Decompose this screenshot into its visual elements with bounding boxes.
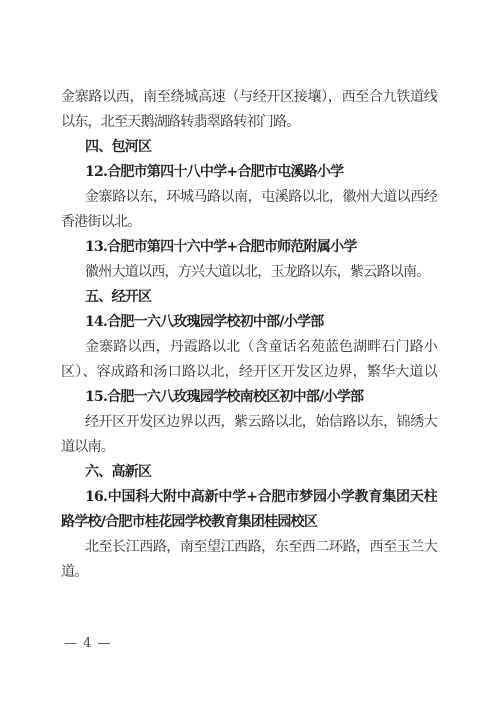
heading-line: 路学校/合肥市桂花园学校教育集团桂园校区 [61,510,437,535]
text-line: 金寨路以西，南至绕城高速（与经开区接壤），西至合九铁道线 [61,85,437,110]
text-line: 道。 [61,560,437,585]
page-number: — 4 — [64,636,112,651]
heading-line: 四、包河区 [61,135,437,160]
heading-line: 12.合肥市第四十八中学+合肥市屯溪路小学 [61,160,437,185]
document-page: 金寨路以西，南至绕城高速（与经开区接壤），西至合九铁道线以东，北至天鹅湖路转翡翠… [0,0,500,707]
document-body: 金寨路以西，南至绕城高速（与经开区接壤），西至合九铁道线以东，北至天鹅湖路转翡翠… [61,85,437,585]
text-line: 金寨路以东，环城马路以南，屯溪路以北，徽州大道以西经 [61,185,437,210]
heading-line: 14.合肥一六八玫瑰园学校初中部/小学部 [61,310,437,335]
text-line: 香港街以北。 [61,210,437,235]
heading-line: 15.合肥一六八玫瑰园学校南校区初中部/小学部 [61,385,437,410]
heading-line: 五、经开区 [61,285,437,310]
heading-line: 13.合肥市第四十六中学+合肥市师范附属小学 [61,235,437,260]
heading-line: 六、高新区 [61,460,437,485]
text-line: 以东，北至天鹅湖路转翡翠路转祁门路。 [61,110,437,135]
text-line: 经开区开发区边界以西，紫云路以北，始信路以东，锦绣大 [61,410,437,435]
text-line: 徽州大道以西，方兴大道以北，玉龙路以东，紫云路以南。 [61,260,437,285]
text-line: 区）、容成路和汤口路以北，经开区开发区边界，繁华大道以南。 [61,360,437,385]
text-line: 金寨路以西，丹霞路以北（含童话名苑蓝色湖畔石门路小 [61,335,437,360]
text-line: 北至长江西路，南至望江西路，东至西二环路，西至玉兰大 [61,535,437,560]
text-line: 道以南。 [61,435,437,460]
heading-line: 16.中国科大附中高新中学+合肥市梦园小学教育集团天柱 [61,485,437,510]
